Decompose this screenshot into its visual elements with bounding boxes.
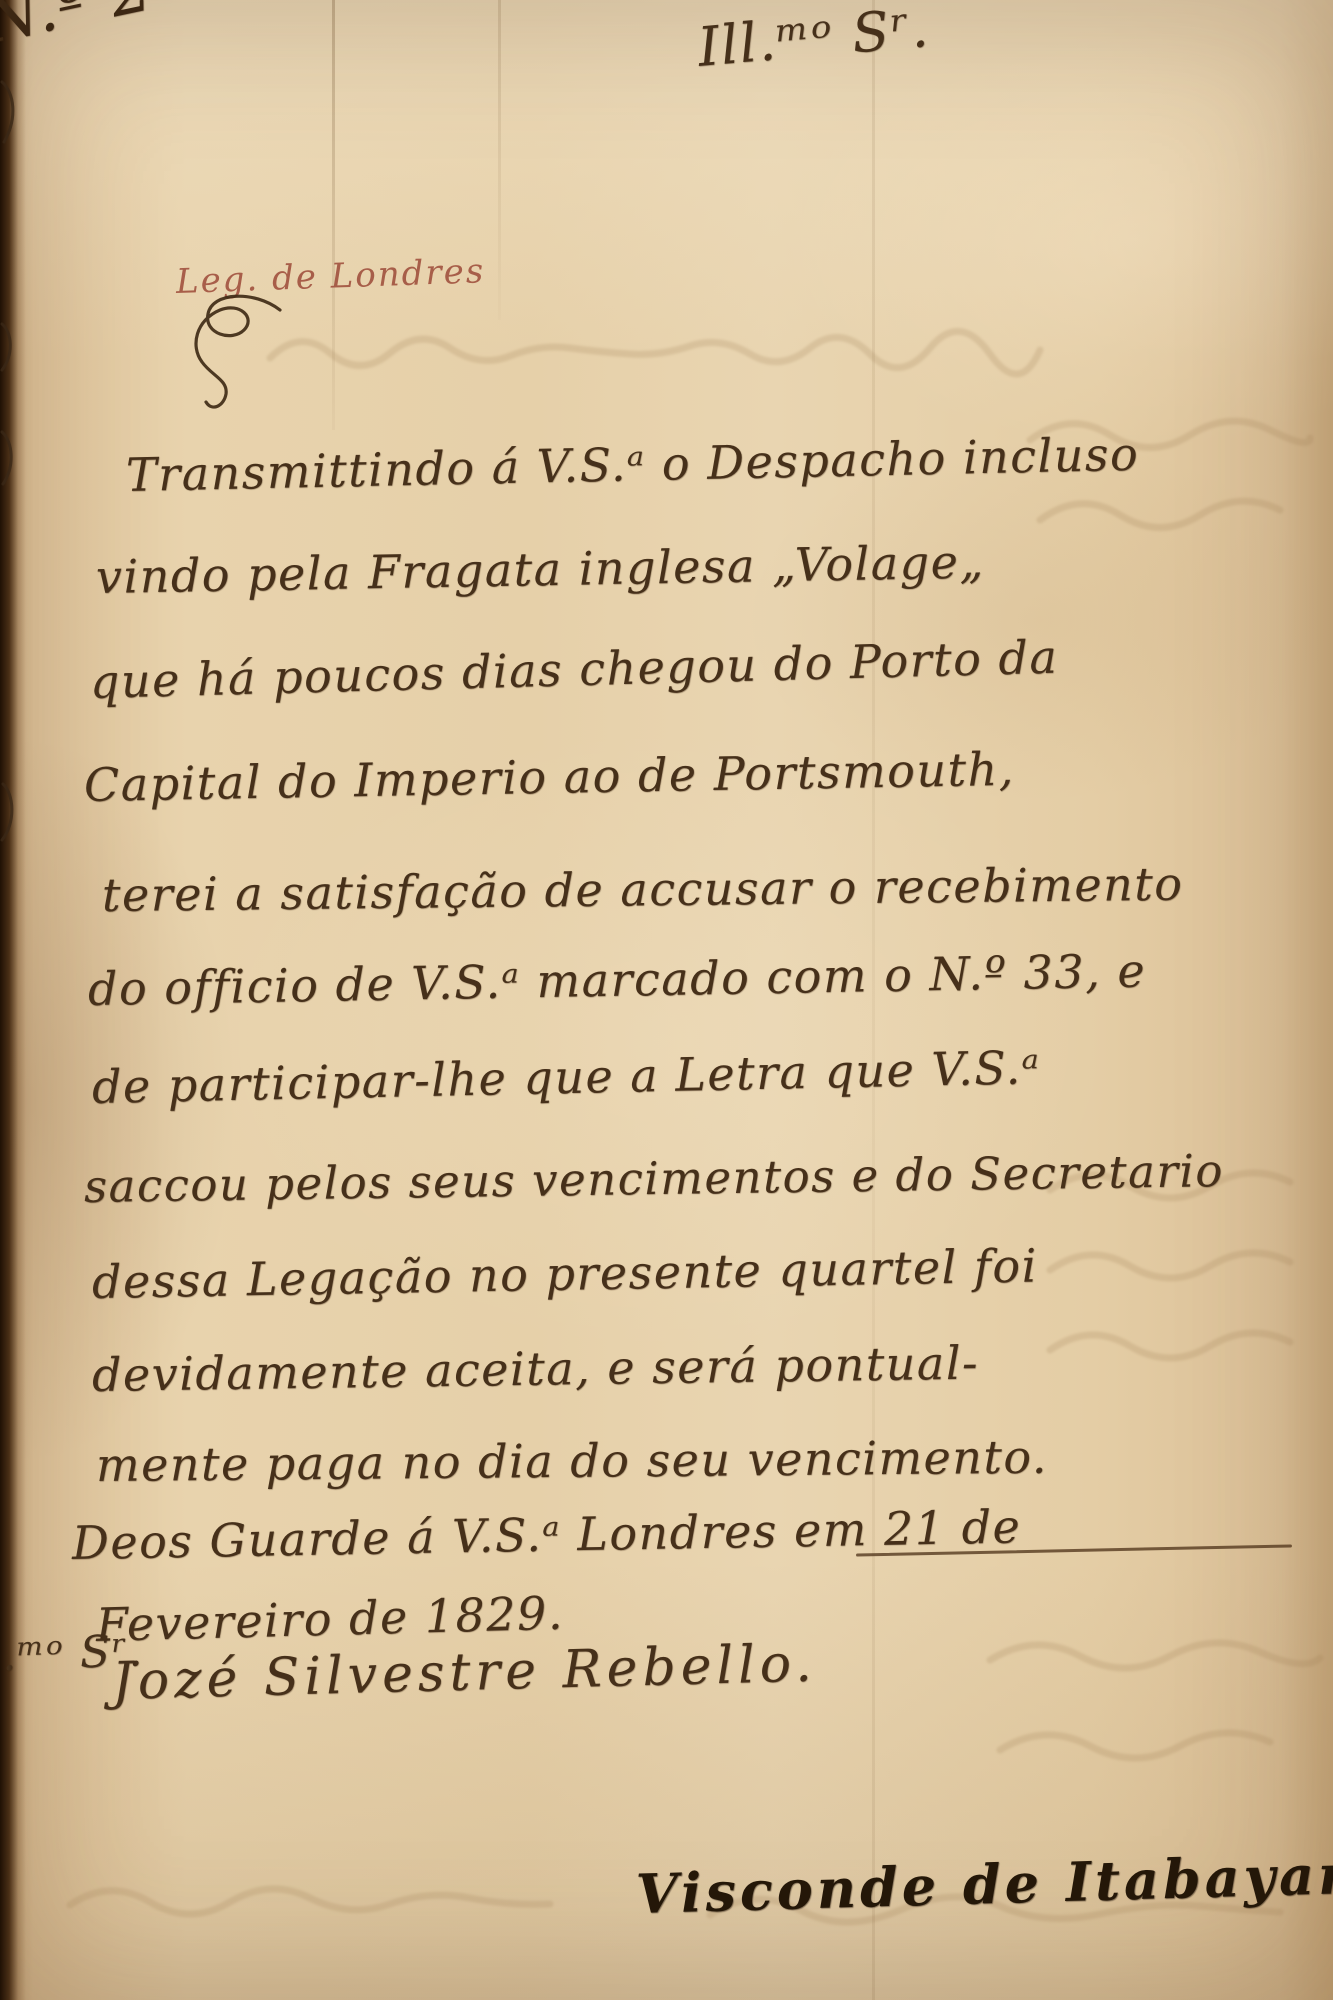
body-line-6: do officio de V.S.ᵃ marcado com o N.º 33…: [88, 944, 1147, 1016]
bleed-through-writing: [260, 318, 1050, 378]
bleed-through-writing: [60, 1860, 580, 1940]
binding-gutter: [0, 0, 26, 2000]
pen-flourish: [168, 288, 318, 428]
body-line-9: dessa Legação no presente quartel foi: [92, 1238, 1039, 1309]
body-line-1: Transmittindo á V.S.ᵃ o Despacho incluso: [125, 427, 1139, 502]
body-line-8: saccou pelos seus vencimentos e do Secre…: [84, 1144, 1225, 1213]
salutation: Ill.ᵐᵒ Sʳ.: [695, 0, 932, 79]
body-line-7: de participar-lhe que a Letra que V.S.ᵃ: [91, 1040, 1041, 1114]
paper-crease: [498, 0, 501, 320]
body-line-4: Capital do Imperio ao de Portsmouth,: [84, 742, 1016, 812]
body-line-5: terei a satisfação de accusar o recebime…: [102, 857, 1184, 922]
paper-crease: [332, 0, 335, 430]
bleed-through-writing: [980, 1620, 1330, 1820]
edge-ink-fragment: [0, 782, 24, 846]
document-number: N.º 2: [0, 0, 159, 59]
body-line-12: Deos Guarde á V.S.ᵃ Londres em 21 de: [72, 1499, 1022, 1570]
signature: Visconde de Itabayana: [635, 1841, 1333, 1926]
manuscript-page: N.º 2 Ill.ᵐᵒ Sʳ. Leg. de Londres Transmi…: [0, 0, 1333, 2000]
edge-ink-fragment: [0, 320, 22, 376]
edge-ink-fragment: [0, 430, 22, 490]
bleed-through-writing: [1020, 400, 1320, 570]
body-line-10: devidamente aceita, e será pontual-: [92, 1336, 980, 1402]
body-line-3: que há poucos dias chegou do Porto da: [89, 630, 1059, 709]
body-line-11: mente paga no dia do seu vencimento.: [96, 1430, 1048, 1492]
edge-ink-fragment: [0, 78, 26, 148]
body-line-2: vindo pela Fragata inglesa „Volage„: [96, 534, 986, 604]
